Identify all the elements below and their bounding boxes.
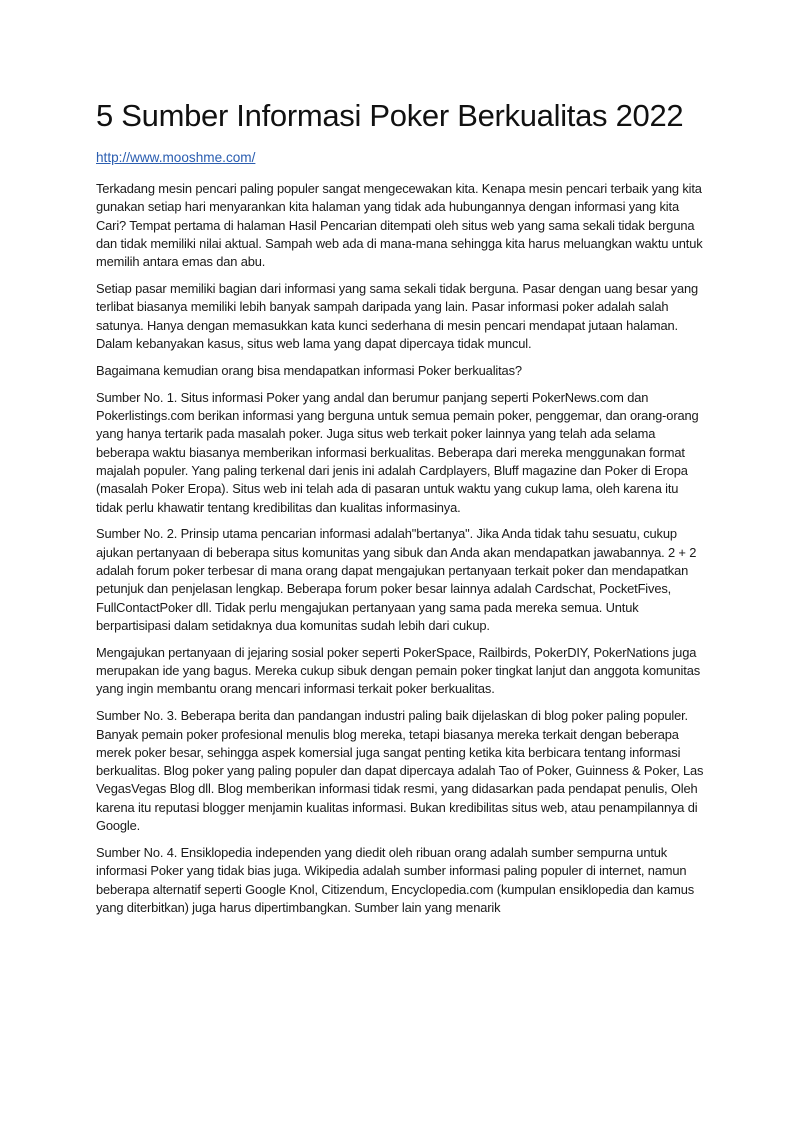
paragraph-source-1: Sumber No. 1. Situs informasi Poker yang…: [96, 389, 708, 517]
document-body: Terkadang mesin pencari paling populer s…: [96, 180, 708, 926]
source-link[interactable]: http://www.mooshme.com/: [96, 150, 255, 165]
paragraph-source-3: Sumber No. 3. Beberapa berita dan pandan…: [96, 707, 708, 835]
paragraph-source-2: Sumber No. 2. Prinsip utama pencarian in…: [96, 525, 708, 635]
paragraph-question: Bagaimana kemudian orang bisa mendapatka…: [96, 362, 708, 380]
paragraph-source-4: Sumber No. 4. Ensiklopedia independen ya…: [96, 844, 708, 917]
paragraph-intro: Terkadang mesin pencari paling populer s…: [96, 180, 708, 271]
paragraph-market: Setiap pasar memiliki bagian dari inform…: [96, 280, 708, 353]
document-title: 5 Sumber Informasi Poker Berkualitas 202…: [96, 98, 683, 134]
paragraph-social-networks: Mengajukan pertanyaan di jejaring sosial…: [96, 644, 708, 699]
